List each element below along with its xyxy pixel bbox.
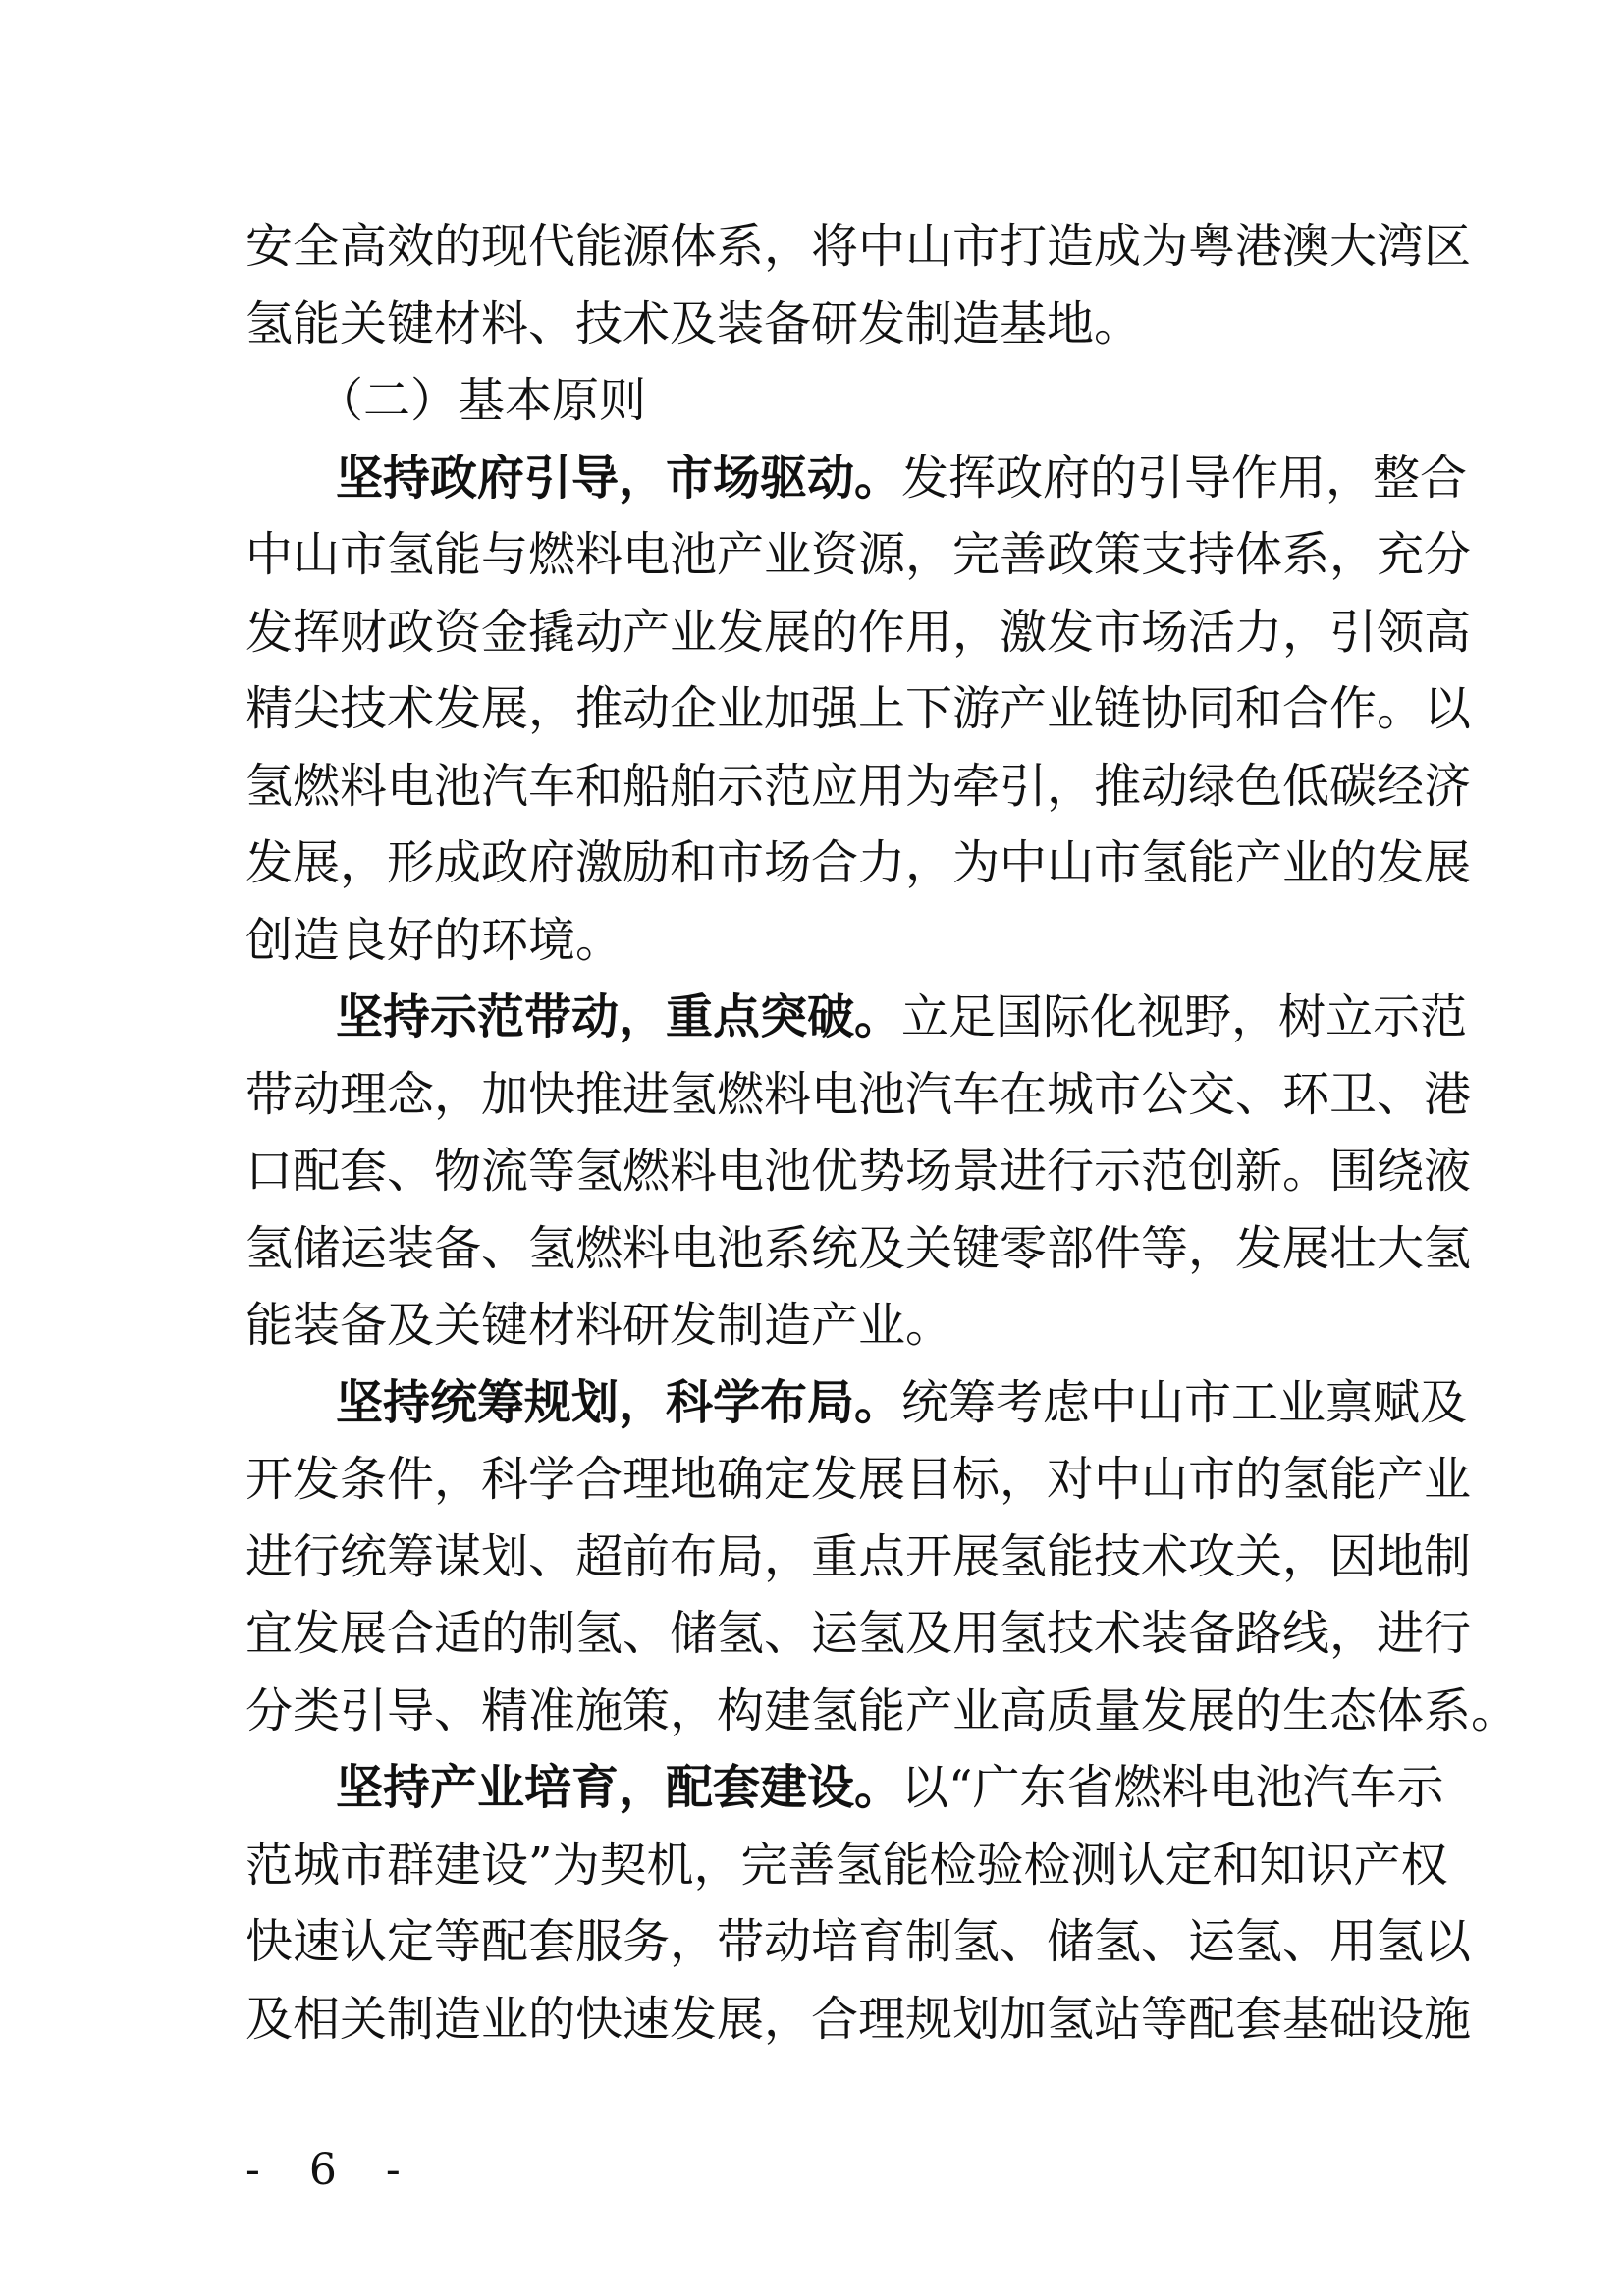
- principle-paragraph: 坚持政府引导，市场驱动。发挥政府的引导作用，整合 中山市氢能与燃料电池产业资源，…: [245, 440, 1390, 980]
- principle-title: 坚持产业培育，配套建设。: [336, 1760, 901, 1815]
- document-page: 安全高效的现代能源体系，将中山市打造成为粤港澳大湾区 氢能关键材料、技术及装备研…: [245, 208, 1390, 2057]
- paragraph-line: 创造良好的环境。: [245, 902, 1390, 980]
- principle-text: 发挥政府的引导作用，整合: [901, 451, 1467, 506]
- page-number: - 6 -: [245, 2145, 418, 2195]
- principle-text: 立足国际化视野，树立示范: [901, 989, 1467, 1044]
- paragraph-line: 带动理念，加快推进氢燃料电池汽车在城市公交、环卫、港: [245, 1056, 1390, 1134]
- section-heading: （二）基本原则: [245, 362, 1390, 440]
- paragraph-line: 发挥财政资金撬动产业发展的作用，激发市场活力，引领高: [245, 594, 1390, 671]
- paragraph-line: 发展，形成政府激励和市场合力，为中山市氢能产业的发展: [245, 825, 1390, 902]
- principle-paragraph: 坚持示范带动，重点突破。立足国际化视野，树立示范 带动理念，加快推进氢燃料电池汽…: [245, 979, 1390, 1364]
- principle-text: 以“广东省燃料电池汽车示: [901, 1760, 1444, 1815]
- principle-title: 坚持统筹规划，科学布局。: [336, 1375, 901, 1430]
- paragraph-line: 分类引导、精准施策，构建氢能产业高质量发展的生态体系。: [245, 1673, 1390, 1750]
- paragraph-line: 范城市群建设”为契机，完善氢能检验检测认定和知识产权: [245, 1827, 1390, 1904]
- principle-title: 坚持示范带动，重点突破。: [336, 989, 901, 1044]
- paragraph-line: 宜发展合适的制氢、储氢、运氢及用氢技术装备路线，进行: [245, 1595, 1390, 1673]
- paragraph-line: 氢燃料电池汽车和船舶示范应用为牵引，推动绿色低碳经济: [245, 748, 1390, 826]
- principle-text: 统筹考虑中山市工业禀赋及: [901, 1375, 1467, 1430]
- paragraph-line: 及相关制造业的快速发展，合理规划加氢站等配套基础设施: [245, 1981, 1390, 2058]
- principle-paragraph: 坚持统筹规划，科学布局。统筹考虑中山市工业禀赋及 开发条件，科学合理地确定发展目…: [245, 1364, 1390, 1750]
- intro-line: 安全高效的现代能源体系，将中山市打造成为粤港澳大湾区: [245, 208, 1390, 286]
- paragraph-line: 口配套、物流等氢燃料电池优势场景进行示范创新。围绕液: [245, 1133, 1390, 1210]
- paragraph-line: 快速认定等配套服务，带动培育制氢、储氢、运氢、用氢以: [245, 1903, 1390, 1981]
- intro-line: 氢能关键材料、技术及装备研发制造基地。: [245, 286, 1390, 363]
- paragraph-line: 氢储运装备、氢燃料电池系统及关键零部件等，发展壮大氢: [245, 1210, 1390, 1288]
- principle-title: 坚持政府引导，市场驱动。: [336, 451, 901, 506]
- paragraph-line: 进行统筹谋划、超前布局，重点开展氢能技术攻关，因地制: [245, 1519, 1390, 1596]
- paragraph-line: 开发条件，科学合理地确定发展目标，对中山市的氢能产业: [245, 1441, 1390, 1519]
- principle-paragraph: 坚持产业培育，配套建设。以“广东省燃料电池汽车示 范城市群建设”为契机，完善氢能…: [245, 1749, 1390, 2057]
- paragraph-line: 中山市氢能与燃料电池产业资源，完善政策支持体系，充分: [245, 516, 1390, 594]
- paragraph-line: 精尖技术发展，推动企业加强上下游产业链协同和合作。以: [245, 670, 1390, 748]
- paragraph-line: 能装备及关键材料研发制造产业。: [245, 1287, 1390, 1364]
